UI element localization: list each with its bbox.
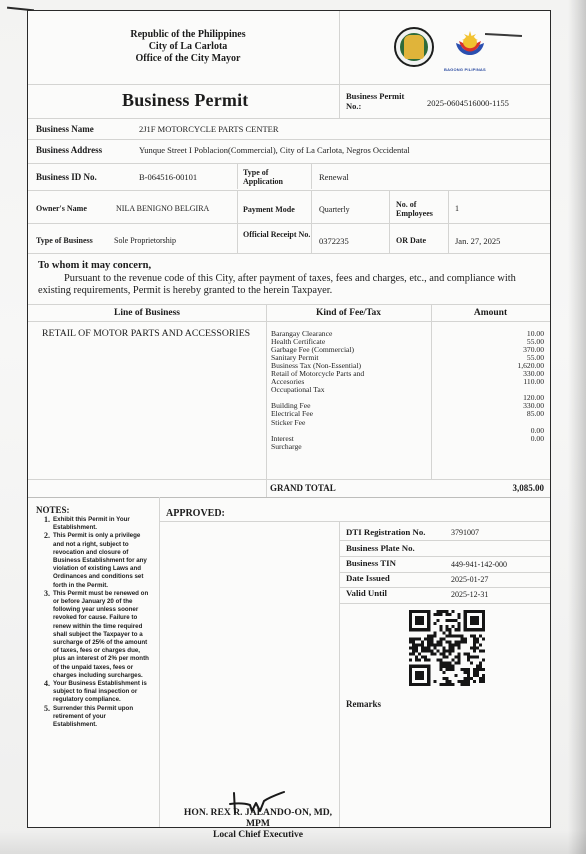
notes-list: 1.Exhibit this Permit in Your Establishm…: [36, 516, 151, 729]
business-name-label: Business Name: [36, 125, 94, 134]
business-tin-value: 449-941-142-000: [451, 560, 507, 569]
remarks-label: Remarks: [346, 699, 381, 709]
amount-list: 10.0055.00370.0055.001,620.00330.00110.0…: [517, 330, 544, 451]
note-item: 2.This Permit is only a privilege and no…: [36, 532, 151, 589]
issuer-city: City of La Carlota: [108, 41, 268, 53]
grand-total-value: 3,085.00: [513, 483, 545, 493]
employees-label: No. of Employees: [396, 200, 446, 218]
or-date-value: Jan. 27, 2025: [455, 236, 500, 246]
note-item: 1.Exhibit this Permit in Your Establishm…: [36, 516, 151, 532]
approved-label: APPROVED:: [166, 508, 225, 519]
note-item: 4.Your Business Establishment is subject…: [36, 680, 151, 705]
note-text: Surrender this Permit upon retirement of…: [53, 705, 151, 730]
type-of-business-label: Type of Business: [36, 236, 93, 245]
valid-until-value: 2025-12-31: [451, 590, 488, 599]
fee-item: Sticker Fee: [271, 419, 364, 427]
note-text: This Permit must be renewed on or before…: [53, 590, 151, 680]
fee-amount: [517, 443, 544, 451]
business-address-label: Business Address: [36, 146, 102, 155]
qr-code-icon[interactable]: [409, 610, 485, 686]
type-of-application-label: Type of Application: [243, 168, 293, 186]
dti-registration-label: DTI Registration No.: [346, 527, 425, 537]
owners-name-label: Owner's Name: [36, 204, 87, 213]
permit-no-label: Business Permit No.:: [346, 91, 416, 111]
business-tin-label: Business TIN: [346, 558, 396, 568]
valid-until-label: Valid Until: [346, 588, 387, 598]
col-line-of-business: Line of Business: [28, 308, 266, 318]
note-text: Your Business Establishment is subject t…: [53, 680, 151, 705]
fee-amount: 85.00: [517, 410, 544, 418]
business-address-value: Yunque Street I Poblacion(Commercial), C…: [139, 145, 410, 155]
city-seal-icon: [394, 27, 434, 67]
note-text: Exhibit this Permit in Your Establishmen…: [53, 516, 151, 532]
or-no-label: Official Receipt No.: [243, 230, 311, 239]
business-plate-label: Business Plate No.: [346, 543, 415, 553]
col-amount: Amount: [431, 308, 550, 318]
page-bottom-shadow: [0, 830, 586, 854]
pen-mark: [485, 33, 522, 37]
fee-amount: 110.00: [517, 378, 544, 386]
bagong-pilipinas-caption: BAGONG PILIPINAS: [444, 67, 486, 72]
payment-mode-value: Quarterly: [319, 205, 350, 215]
fee-list: Barangay ClearanceHealth CertificateGarb…: [271, 330, 364, 451]
issuer-header: Republic of the Philippines City of La C…: [108, 29, 268, 65]
employees-value: 1: [455, 204, 459, 214]
fee-amount: 0.00: [517, 435, 544, 443]
or-date-label: OR Date: [396, 236, 426, 245]
note-number: 3.: [36, 590, 53, 680]
note-item: 5.Surrender this Permit upon retirement …: [36, 705, 151, 730]
fee-item: Occupational Tax: [271, 386, 364, 394]
issuer-republic: Republic of the Philippines: [108, 29, 268, 41]
line-of-business-value: RETAIL OF MOTOR PARTS AND ACCESSORIES: [42, 328, 250, 339]
business-name-value: 2J1F MOTORCYCLE PARTS CENTER: [139, 124, 279, 134]
note-number: 5.: [36, 705, 53, 730]
note-number: 2.: [36, 532, 53, 589]
business-id-label: Business ID No.: [36, 173, 97, 182]
note-number: 4.: [36, 680, 53, 705]
payment-mode-label: Payment Mode: [243, 205, 295, 214]
note-number: 1.: [36, 516, 53, 532]
date-issued-label: Date Issued: [346, 573, 390, 583]
issuer-office: Office of the City Mayor: [108, 53, 268, 65]
page-edge-shadow: [568, 0, 586, 854]
signatory-name: HON. REX R. JALANDO-ON, MD, MPM: [183, 807, 333, 829]
type-of-application-value: Renewal: [319, 172, 349, 182]
or-no-value: 0372235: [319, 236, 349, 246]
type-of-business-value: Sole Proprietorship: [114, 236, 176, 246]
grant-statement: Pursuant to the revenue code of this Cit…: [38, 273, 543, 296]
fee-item: Surcharge: [271, 443, 364, 451]
col-kind-of-fee: Kind of Fee/Tax: [266, 308, 431, 318]
permit-no-value: 2025-0604516000-1155: [427, 98, 509, 108]
notes-heading: NOTES:: [36, 505, 70, 515]
business-id-value: B-064516-00101: [139, 172, 197, 182]
date-issued-value: 2025-01-27: [451, 575, 488, 584]
dti-registration-value: 3791007: [451, 528, 479, 537]
salutation: To whom it may concern,: [38, 260, 151, 271]
note-item: 3.This Permit must be renewed on or befo…: [36, 590, 151, 680]
document-title: Business Permit: [122, 90, 249, 111]
note-text: This Permit is only a privilege and not …: [53, 532, 151, 589]
owners-name-value: NILA BENIGNO BELGIRA: [116, 204, 209, 214]
business-permit-document: Republic of the Philippines City of La C…: [27, 10, 551, 828]
grand-total-label: GRAND TOTAL: [270, 483, 336, 493]
bagong-pilipinas-logo-icon: [453, 29, 487, 63]
